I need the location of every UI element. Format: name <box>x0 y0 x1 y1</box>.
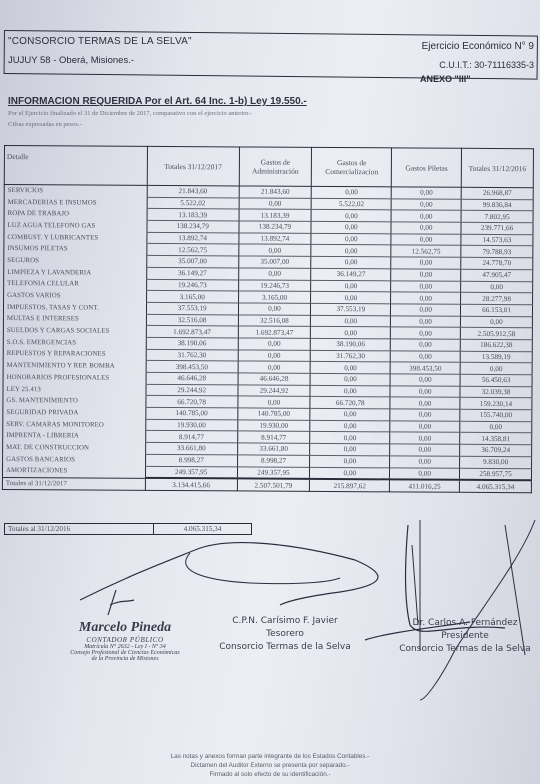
row-label: SERVICIOS <box>4 185 147 198</box>
cell-value: 155.740,00 <box>460 409 532 421</box>
cell-value: 140.785,00 <box>237 408 310 420</box>
cell-value: 13.183,39 <box>147 209 239 221</box>
cell-value: 0,00 <box>239 198 312 210</box>
signer-name: Marcelo Pineda <box>40 620 210 636</box>
expenses-table: Detalle Totales 31/12/2017 Gastos de Adm… <box>2 145 534 493</box>
totals-row: Totales al 31/12/20173.134.415,662.507.5… <box>2 477 531 492</box>
cell-value: 14.358,81 <box>460 433 532 445</box>
cell-value: 19.930,00 <box>237 420 310 432</box>
cell-value: 0,00 <box>461 281 533 293</box>
cell-value: 0,00 <box>391 327 461 339</box>
cell-value: 13.892,74 <box>147 232 239 244</box>
cell-value: 0,00 <box>460 316 532 328</box>
row-label: SEGURIDAD PRIVADA <box>3 407 146 420</box>
row-label: SERV. CAMARAS MONITOREO <box>3 418 146 431</box>
cell-value: 398.453,50 <box>390 362 460 374</box>
footer-line: Firmado al solo efecto de su identificac… <box>100 770 440 779</box>
cell-value: 1.692.873,47 <box>146 326 238 338</box>
cell-value: 35.007,00 <box>147 255 239 267</box>
cuit-number: C.U.I.T.: 30-71116335-3 <box>439 60 534 70</box>
cell-value: 239.771,66 <box>461 222 533 234</box>
cell-value: 159.230,14 <box>460 398 532 410</box>
cell-value: 0,00 <box>310 373 390 385</box>
cell-value: 0,00 <box>390 386 460 398</box>
row-label: GS. MANTENIMIENTO <box>3 395 146 408</box>
cell-value: 46.646,28 <box>238 373 311 385</box>
cell-value: 0,00 <box>391 280 461 292</box>
row-label: GASTOS BANCARIOS <box>3 453 146 466</box>
cell-value: 138.234,79 <box>239 221 312 233</box>
row-label: IMPRENTA - LIBRERIA <box>3 430 146 443</box>
cell-value: 0,00 <box>390 444 460 456</box>
column-header: Totales 31/12/2017 <box>147 146 239 186</box>
cell-value: 0,00 <box>391 222 461 234</box>
cell-value: 0,00 <box>391 304 461 316</box>
cell-value: 249.357,95 <box>145 466 237 479</box>
total-value: 411.016,25 <box>390 480 460 493</box>
cell-value: 56.450,63 <box>460 374 532 386</box>
cell-value: 0,00 <box>311 221 391 233</box>
signer-role: CONTADOR PÚBLICO <box>40 636 210 644</box>
cell-value: 29.244,92 <box>238 385 311 397</box>
cell-value: 0,00 <box>238 361 311 373</box>
cell-value: 38.190,06 <box>311 338 391 350</box>
prior-year-total-value: 4.065.315,34 <box>154 524 252 535</box>
cell-value: 79.788,93 <box>461 246 533 258</box>
row-label: TELEFONIA CELULAR <box>4 278 147 291</box>
row-label: MULTAS E INTERESES <box>3 313 146 326</box>
row-label: COMBUST. Y LUBRICANTES <box>4 231 147 244</box>
cell-value: 5.522,02 <box>312 198 392 210</box>
cell-value: 99.836,84 <box>461 199 533 211</box>
cell-value: 3.165,00 <box>238 291 311 303</box>
cell-value: 33.661,80 <box>237 443 310 455</box>
cell-value: 0,00 <box>391 269 461 281</box>
footer-line: Las notas y anexos forman parte integran… <box>100 752 440 761</box>
cell-value: 29.244,92 <box>146 384 238 396</box>
cell-value: 249.357,95 <box>237 466 310 479</box>
cell-value: 13.892,74 <box>238 233 311 245</box>
cell-value: 0,00 <box>460 421 532 433</box>
cell-value: 0,00 <box>311 315 391 327</box>
cell-value: 35.007,00 <box>238 256 311 268</box>
cell-value: 0,00 <box>311 280 391 292</box>
cell-value: 258.957,75 <box>460 468 532 481</box>
cell-value: 19.246,73 <box>146 279 238 291</box>
row-label: ROPA DE TRABAJO <box>4 208 147 221</box>
cell-value: 0,00 <box>460 363 532 375</box>
cell-value: 2.505.912,58 <box>460 328 532 340</box>
cell-value: 0,00 <box>311 210 391 222</box>
signer-role: Presidente <box>390 630 540 643</box>
cell-value: 0,00 <box>238 338 311 350</box>
cell-value: 0,00 <box>238 303 311 315</box>
signature-treasurer: C.P.N. Carísimo F. Javier Tesorero Conso… <box>210 615 360 654</box>
cell-value: 12.562,75 <box>147 244 239 256</box>
prior-year-total-label: Totales al 31/12/2016 <box>5 524 154 535</box>
cell-value: 7.802,95 <box>461 211 533 223</box>
row-label: SEGUROS <box>4 255 147 268</box>
cell-value: 14.573,63 <box>461 234 533 246</box>
cell-value: 140.785,00 <box>146 407 238 419</box>
row-label: AMORTIZACIONES <box>2 465 145 478</box>
cell-value: 0,00 <box>310 420 390 432</box>
row-label: GASTOS VARIOS <box>4 290 147 303</box>
column-header: Gastos de Comercializacion <box>312 147 392 186</box>
cell-value: 46.646,28 <box>146 372 238 384</box>
total-value: 215.897,62 <box>310 479 390 492</box>
footer-line: Dictamen del Auditor Externo se presenta… <box>100 761 440 770</box>
cell-value: 186.622,38 <box>460 339 532 351</box>
cell-value: 13.183,39 <box>239 209 312 221</box>
cell-value: 0,00 <box>390 467 460 480</box>
cell-value: 0,00 <box>310 455 390 467</box>
cell-value: 0,00 <box>391 199 461 211</box>
row-label: MANTENIMIENTO Y REP. BOMBA <box>3 360 146 373</box>
cell-value: 0,00 <box>390 350 460 362</box>
cell-value: 0,00 <box>391 257 461 269</box>
cell-value: 0,00 <box>390 397 460 409</box>
cell-value: 31.762,30 <box>311 350 391 362</box>
cell-value: 0,00 <box>391 234 461 246</box>
organization-address: JUJUY 58 - Oberá, Misiones.- <box>8 55 134 66</box>
cell-value: 0,00 <box>391 187 461 199</box>
currency-note: Cifras expresadas en pesos.- <box>8 121 82 128</box>
total-value: 4.065.315,34 <box>459 480 531 493</box>
cell-value: 31.762,30 <box>146 349 238 361</box>
cell-value: 8.914,77 <box>146 431 238 443</box>
cell-value: 21.843,60 <box>239 186 312 198</box>
cell-value: 0,00 <box>390 374 460 386</box>
cell-value: 0,00 <box>310 385 390 397</box>
total-value: 2.507.501,79 <box>237 479 310 492</box>
row-label: LUZ AGUA TELEFONO GAS <box>4 220 147 233</box>
cell-value: 0,00 <box>311 257 391 269</box>
cell-value: 0,00 <box>238 244 311 256</box>
cell-value: 0,00 <box>237 396 310 408</box>
cell-value: 398.453,50 <box>146 361 238 373</box>
cell-value: 0,00 <box>391 339 461 351</box>
footer-notes: Las notas y anexos forman parte integran… <box>100 752 440 779</box>
cell-value: 66.720,78 <box>310 397 390 409</box>
cell-value: 66.720,78 <box>146 396 238 408</box>
cell-value: 19.246,73 <box>238 279 311 291</box>
cell-value: 8.914,77 <box>237 431 310 443</box>
cell-value: 36.149,27 <box>147 267 239 279</box>
cell-value: 32.039,38 <box>460 386 532 398</box>
signer-name: C.P.N. Carísimo F. Javier <box>210 615 360 628</box>
row-label: S.O.S. EMERGENCIAS <box>3 336 146 349</box>
column-header: Totales 31/12/2016 <box>461 148 533 187</box>
cell-value: 0,00 <box>238 350 311 362</box>
totals-label: Totales al 31/12/2017 <box>2 477 145 490</box>
cell-value: 12.562,75 <box>391 245 461 257</box>
row-label: INSUMOS PILETAS <box>4 243 147 256</box>
cell-value: 37.553,19 <box>311 303 391 315</box>
cell-value: 0,00 <box>312 186 392 198</box>
signature-president: Dr. Carlos A. Fernández Presidente Conso… <box>390 617 540 656</box>
cell-value: 66.153,01 <box>461 304 533 316</box>
cell-value: 0,00 <box>311 233 391 245</box>
cell-value: 47.905,47 <box>461 269 533 281</box>
row-label: MAT. DE CONSTRUCCION <box>3 442 146 455</box>
cell-value: 19.930,00 <box>146 419 238 431</box>
signer-role: Tesorero <box>210 628 360 641</box>
cell-value: 0,00 <box>310 467 390 480</box>
row-label: MERCADERIAS E INSUMOS <box>4 196 147 209</box>
cell-value: 32.516,08 <box>146 314 238 326</box>
cell-value: 0,00 <box>311 292 391 304</box>
prior-year-total-table: Totales al 31/12/2016 4.065.315,34 <box>4 523 252 535</box>
column-header: Detalle <box>4 146 147 186</box>
row-label: LIMPIEZA Y LAVANDERIA <box>4 266 147 279</box>
cell-value: 0,00 <box>310 444 390 456</box>
cell-value: 0,00 <box>310 408 390 420</box>
cell-value: 5.522,02 <box>147 197 239 209</box>
cell-value: 0,00 <box>391 210 461 222</box>
column-header: Gastos de Administración <box>239 147 312 186</box>
cell-value: 0,00 <box>311 362 391 374</box>
signer-organization: Consorcio Termas de la Selva <box>210 641 360 654</box>
total-value: 3.134.415,66 <box>145 478 237 491</box>
row-label: IMPUESTOS, TASAS Y CONT. <box>3 301 146 314</box>
cell-value: 8.998,27 <box>237 455 310 467</box>
document-title: INFORMACION REQUERIDA Por el Art. 64 Inc… <box>8 96 307 107</box>
cell-value: 0,00 <box>390 456 460 468</box>
cell-value: 32.516,08 <box>238 314 311 326</box>
row-label: LEY 25.413 <box>3 383 146 396</box>
cell-value: 36.149,27 <box>311 268 391 280</box>
signature-accountant: Marcelo Pineda CONTADOR PÚBLICO Matrícul… <box>40 620 210 662</box>
exercise-number: Ejercicio Económico N° 9 <box>422 41 534 52</box>
cell-value: 0,00 <box>311 245 391 257</box>
cell-value: 1.692.873,47 <box>238 326 311 338</box>
cell-value: 37.553,19 <box>146 302 238 314</box>
cell-value: 0,00 <box>391 292 461 304</box>
row-label: REPUESTOS Y REPARACIONES <box>3 348 146 361</box>
cell-value: 0,00 <box>311 327 391 339</box>
signer-province: de la Provincia de Misiones <box>40 656 210 662</box>
cell-value: 13.589,19 <box>460 351 532 363</box>
document-subtitle: Por el Ejercicio finalizado el 31 de Dic… <box>8 110 252 117</box>
cell-value: 38.190,06 <box>146 337 238 349</box>
column-header: Gastos Piletas <box>392 148 462 187</box>
prior-year-total-row: Totales al 31/12/2016 4.065.315,34 <box>5 524 252 535</box>
cell-value: 138.234,79 <box>147 220 239 232</box>
cell-value: 36.709,24 <box>460 444 532 456</box>
cell-value: 24.778,70 <box>461 257 533 269</box>
cell-value: 21.843,60 <box>147 185 239 197</box>
scanned-document: "CONSORCIO TERMAS DE LA SELVA" JUJUY 58 … <box>0 0 540 784</box>
cell-value: 0,00 <box>391 315 461 327</box>
cell-value: 0,00 <box>310 432 390 444</box>
cell-value: 33.661,80 <box>145 442 237 454</box>
row-label: HONORARIOS PROFESIONALES <box>3 371 146 384</box>
cell-value: 9.830,00 <box>460 456 532 468</box>
cell-value: 26.968,87 <box>461 187 533 199</box>
cell-value: 3.165,00 <box>146 291 238 303</box>
signer-name: Dr. Carlos A. Fernández <box>390 617 540 630</box>
cell-value: 8.998,27 <box>145 454 237 466</box>
cell-value: 0,00 <box>390 432 460 444</box>
cell-value: 0,00 <box>238 268 311 280</box>
signer-organization: Consorcio Termas de la Selva <box>390 643 540 656</box>
cell-value: 0,00 <box>390 421 460 433</box>
cell-value: 0,00 <box>390 409 460 421</box>
cell-value: 28.277,98 <box>461 292 533 304</box>
row-label: SUELDOS Y CARGAS SOCIALES <box>3 325 146 338</box>
organization-name: "CONSORCIO TERMAS DE LA SELVA" <box>8 36 192 47</box>
annex-label: ANEXO "III" <box>420 74 471 84</box>
table-header-row: Detalle Totales 31/12/2017 Gastos de Adm… <box>4 146 533 188</box>
